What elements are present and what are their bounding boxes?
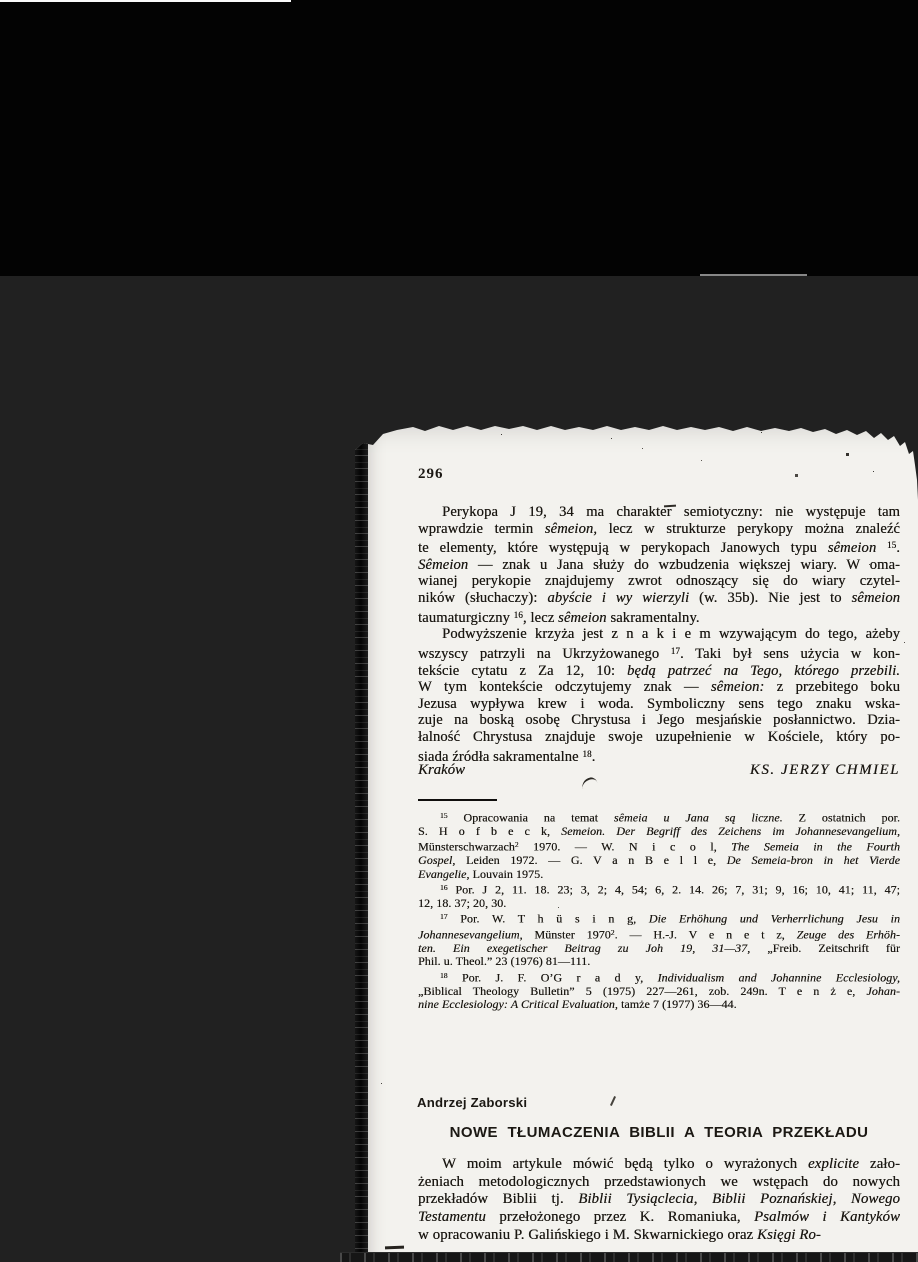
text-line: Jezusa wypływa krew i woda. Symboliczny … (418, 696, 900, 713)
text-segment: zało- (859, 1156, 900, 1172)
text-segment: Jezusa wypływa krew i woda. Symboliczny … (418, 696, 900, 712)
text-segment: , lecz (523, 610, 558, 626)
text-line: łalność Chrystusa znajduje swoje uzupełn… (418, 729, 900, 746)
text-line: Sêmeion — znak u Jana służy do wzbudzeni… (418, 557, 900, 574)
backdrop-top (0, 0, 918, 276)
text-line: W moim artykule mówić będą tylko o wyraż… (418, 1156, 900, 1174)
text-segment: Phil. u. Theol.” 23 (1976) 81—111. (418, 954, 590, 968)
text-segment: z przebitego boku (764, 679, 900, 695)
footnote-ref: 15 (440, 811, 448, 820)
signature-author: KS. JERZY CHMIEL (750, 762, 900, 779)
text-segment: Johan- (866, 984, 900, 998)
text-segment: Z ostatnich por. (783, 810, 900, 824)
text-segment: 12, 18. 37; 20, 30. (418, 896, 506, 910)
text-line: zuje na boską osobę Chrystusa i Jego mes… (418, 712, 900, 729)
article-intro: W moim artykule mówić będą tylko o wyraż… (418, 1156, 900, 1245)
page-number: 296 (418, 466, 444, 483)
signature-place: Kraków (418, 762, 465, 779)
text-segment: sakramentalny. (607, 610, 700, 626)
text-segment: De Semeia-bron in het Vierde (727, 853, 900, 867)
signature-row: Kraków KS. JERZY CHMIEL (418, 762, 900, 779)
text-line: tekście cytatu z Za 12, 10: będą patrzeć… (418, 663, 900, 680)
text-segment: wszyscy patrzyli na Ukrzyżowanego (418, 646, 671, 662)
text-line: nine Ecclesiology: A Critical Evaluation… (418, 998, 900, 1011)
text-segment: tamże 7 (1977) 36—44. (618, 997, 737, 1011)
text-segment: sêmeion (851, 590, 900, 606)
text-line: taumaturgiczny 16, lecz sêmeion sakramen… (418, 607, 900, 627)
text-segment: taumaturgiczny (418, 610, 514, 626)
text-line: 12, 18. 37; 20, 30. (418, 897, 900, 910)
text-segment: Die Erhöhung und Verherrlichung Jesu in (649, 912, 900, 926)
text-segment: Podwyższenie krzyża jest z n a k i e m w… (442, 626, 900, 642)
film-edge-line (0, 0, 291, 2)
footnote-ref: 17 (671, 646, 680, 656)
text-segment: wianej perykopie znajdujemy zwrot odnosz… (418, 573, 900, 589)
article-title: NOWE TŁUMACZENIA BIBLII A TEORIA PRZEKŁA… (418, 1124, 900, 1141)
text-segment: lecz w strukturze perykopy można znaleźć (597, 521, 900, 537)
scratch-line (700, 274, 807, 276)
text-line: wszyscy patrzyli na Ukrzyżowanego 17. Ta… (418, 643, 900, 663)
text-segment: Sêmeion (418, 557, 468, 573)
text-line: Podwyższenie krzyża jest z n a k i e m w… (418, 626, 900, 643)
footnotes: 15 Opracowania na temat sêmeia u Jana są… (418, 809, 900, 1011)
text-line: „Biblical Theology Bulletin” 5 (1975) 22… (418, 985, 900, 998)
text-segment: ników (słuchaczy): (418, 590, 547, 606)
text-line: S. H o f b e c k, Semeion. Der Begriff d… (418, 825, 900, 838)
footnote-ref: 18 (582, 749, 591, 759)
text-segment: Johannesevangelium, (418, 927, 523, 941)
text-line: te elementy, które występują w perykopac… (418, 537, 900, 557)
text-line: wianej perykopie znajdujemy zwrot odnosz… (418, 573, 900, 590)
text-line: Phil. u. Theol.” 23 (1976) 81—111. (418, 955, 900, 968)
text-segment: Biblii Tysiąclecia, Biblii Poznańskiej, … (578, 1191, 900, 1207)
text-line: Testamentu przełożonego przez K. Romaniu… (418, 1209, 900, 1227)
scanned-book-photo: 296 Perykopa J 19, 34 ma charakter semio… (0, 0, 918, 1262)
text-line: przekładów Biblii tj. Biblii Tysiąclecia… (418, 1191, 900, 1209)
text-segment: wprawdzie termin (418, 521, 545, 537)
text-line: wprawdzie termin sêmeion, lecz w struktu… (418, 521, 900, 538)
text-segment: sêmeion, (545, 521, 597, 537)
text-line: 17 Por. W. T h ü s i n g, Die Erhöhung u… (418, 910, 900, 926)
text-segment: łalność Chrystusa znajduje swoje uzupełn… (418, 729, 900, 745)
binding-edge (355, 418, 368, 1262)
text-segment: Münster 1970 (523, 927, 611, 941)
text-line: żeniach metodologicznych przedstawionych… (418, 1174, 900, 1192)
text-segment: W tym kontekście odczytujemy znak — (418, 679, 711, 695)
text-segment: sêmeion (558, 610, 607, 626)
footnote-ref: 17 (440, 912, 448, 921)
text-segment: żeniach metodologicznych przedstawionych… (418, 1174, 900, 1190)
text-segment: te elementy, które występują w perykopac… (418, 540, 828, 556)
text-segment: explicite (808, 1156, 859, 1172)
text-segment: Leiden 1972. — G. V a n B e l l e, (455, 853, 726, 867)
text-segment: . Taki był sens użycia w kon- (680, 646, 900, 662)
footnote-ref: 16 (514, 610, 523, 620)
text-segment: W moim artykule mówić będą tylko o wyraż… (442, 1156, 808, 1172)
text-segment: sêmeion: (711, 679, 764, 695)
text-segment: zuje na boską osobę Chrystusa i Jego mes… (418, 712, 900, 728)
text-segment: Testamentu (418, 1209, 486, 1225)
text-line: 15 Opracowania na temat sêmeia u Jana są… (418, 809, 900, 825)
text-segment: Por. J. F. O’G r a d y, (448, 970, 658, 984)
text-segment: Zeuge des Erhöh- (797, 927, 900, 941)
footnote-ref: 16 (440, 883, 448, 892)
text-segment: Por. J 2, 11. 18. 23; 3, 2; 4, 54; 6, 2.… (448, 882, 900, 896)
text-segment: S. H o f b e c k, (418, 824, 561, 838)
article-author: Andrzej Zaborski (417, 1095, 527, 1110)
text-segment: . — H.-J. V e n e t z, (615, 927, 797, 941)
text-line: Perykopa J 19, 34 ma charakter semiotycz… (418, 504, 900, 521)
text-line: ników (słuchaczy): abyście i wy wierzyli… (418, 590, 900, 607)
text-segment (876, 540, 887, 556)
text-segment: Individualism and Johannine Ecclesiology… (658, 970, 901, 984)
text-segment: tekście cytatu z Za 12, 10: (418, 663, 627, 679)
text-segment: w opracowaniu P. Galińskiego i M. Skwarn… (418, 1227, 757, 1243)
text-segment: Louvain 1975. (469, 867, 543, 881)
text-line: Münsterschwarzach2 1970. — W. N i c o l,… (418, 838, 900, 854)
text-segment: przekładów Biblii tj. (418, 1191, 578, 1207)
text-line: 16 Por. J 2, 11. 18. 23; 3, 2; 4, 54; 6,… (418, 881, 900, 897)
text-segment: „Biblical Theology Bulletin” 5 (1975) 22… (418, 984, 866, 998)
text-segment: Opracowania na temat (448, 810, 614, 824)
footnote-rule (418, 799, 497, 801)
text-segment: „Freib. Zeitschrift für (750, 941, 900, 955)
text-segment: abyście i wy wierzyli (547, 590, 689, 606)
text-segment: . (896, 540, 900, 556)
text-line: w opracowaniu P. Galińskiego i M. Skwarn… (418, 1227, 900, 1245)
text-segment: — znak u Jana służy do wzbudzenia większ… (468, 557, 900, 573)
text-segment: Księgi Ro- (757, 1227, 821, 1243)
text-segment: Semeion. Der Begriff des Zeichens im Joh… (561, 824, 900, 838)
text-line: Johannesevangelium, Münster 19702. — H.-… (418, 926, 900, 942)
footnote-ref: 18 (440, 971, 448, 980)
text-segment: będą patrzeć na Tego, którego przebili. (627, 663, 900, 679)
text-segment: nine Ecclesiology: A Critical Evaluation… (418, 997, 618, 1011)
text-line: Gospel, Leiden 1972. — G. V a n B e l l … (418, 854, 900, 867)
text-segment: Por. W. T h ü s i n g, (448, 912, 649, 926)
text-segment: przełożonego przez K. Romaniuka, (486, 1209, 754, 1225)
text-segment: sêmeia u Jana są liczne. (614, 810, 783, 824)
text-segment: Psalmów i Kantyków (754, 1209, 900, 1225)
text-line: 18 Por. J. F. O’G r a d y, Individualism… (418, 969, 900, 985)
text-segment: The Semeia in the Fourth (731, 840, 900, 854)
scan-bottom-strip (340, 1252, 918, 1262)
main-text: Perykopa J 19, 34 ma charakter semiotycz… (418, 504, 900, 765)
footnote-ref: 15 (887, 540, 896, 550)
text-line: ten. Ein exegetischer Beitrag zu Joh 19,… (418, 942, 900, 955)
text-line: W tym kontekście odczytujemy znak — sême… (418, 679, 900, 696)
book-page: 296 Perykopa J 19, 34 ma charakter semio… (355, 418, 918, 1262)
text-segment: Gospel, (418, 853, 455, 867)
text-segment: Münsterschwarzach (418, 840, 515, 854)
text-segment: sêmeion (828, 540, 877, 556)
text-segment: Evangelie, (418, 867, 469, 881)
text-segment: 1970. — W. N i c o l, (519, 840, 732, 854)
dust-specks (0, 0, 3, 3)
text-line: Evangelie, Louvain 1975. (418, 868, 900, 881)
text-segment: (w. 35b). Nie jest to (689, 590, 851, 606)
text-segment: ten. Ein exegetischer Beitrag zu Joh 19,… (418, 941, 750, 955)
